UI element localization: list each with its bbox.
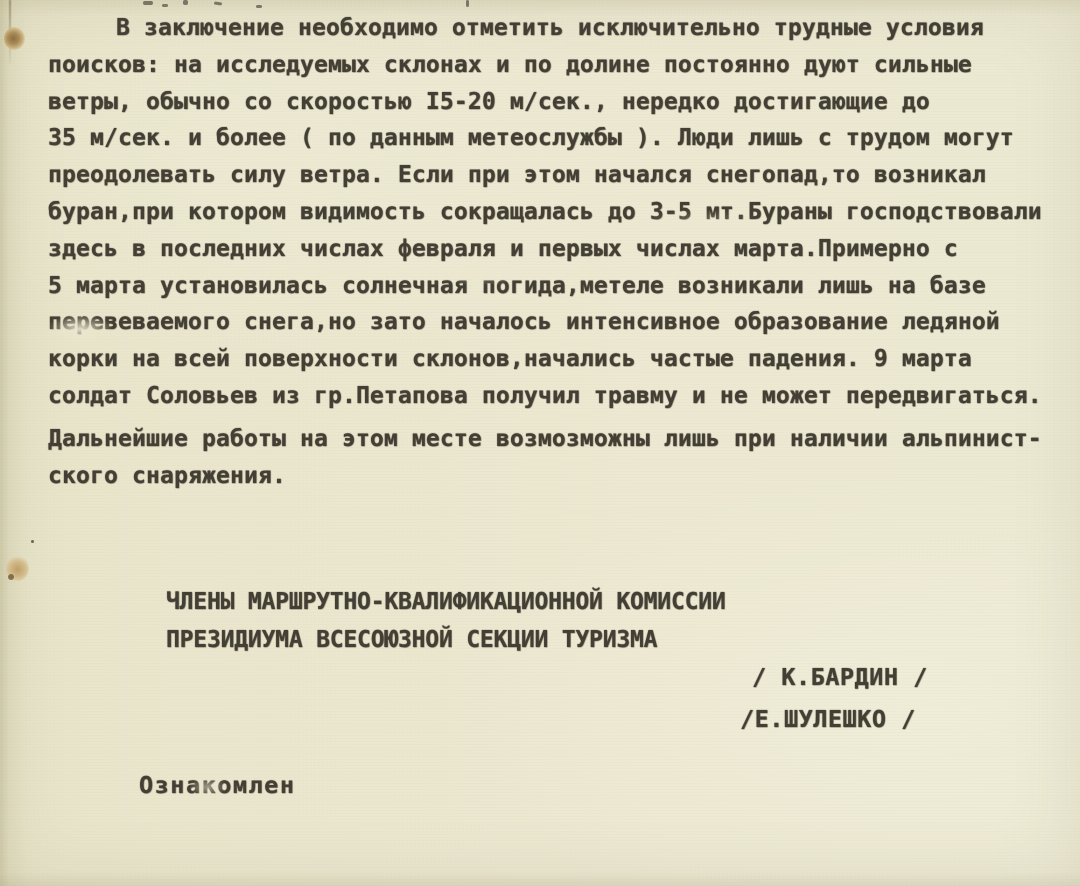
text-line: солдат Соловьев из гр.Петапова получил т…: [48, 378, 1042, 415]
text-line: буран,при котором видимость сокращалась …: [48, 194, 1042, 231]
text-line: здесь в последних числах февраля и первы…: [48, 231, 1042, 268]
paper-stain-dot: [8, 574, 14, 580]
text-line: преодолевать силу ветра. Если при этом н…: [48, 157, 1042, 194]
ink-speck: [143, 1, 153, 5]
paragraph-conclusion: В заключение необходимо отметить исключи…: [48, 10, 1042, 415]
text-line: поисков: на исследуемых склонах и по дол…: [48, 47, 1042, 84]
text-line: ветры, обычно со скоростью I5-20 м/сек.,…: [48, 84, 1042, 121]
text-line: 5 марта установилась солнечная погида,ме…: [48, 268, 1042, 305]
ink-speck: [214, 1, 222, 5]
paper-speck: [31, 540, 34, 543]
text-line: 35 м/сек. и более ( по данным метеослужб…: [48, 120, 1042, 157]
text-line: перевеваемого снега,но зато началось инт…: [48, 304, 1042, 341]
text-line: корки на всей поверхности склонов,начали…: [48, 341, 1042, 378]
paragraph-further-work: Дальнейшие работы на этом месте возмозмо…: [48, 421, 1042, 495]
text-line: В заключение необходимо отметить исключи…: [48, 10, 1042, 47]
acknowledgment-label: Ознакомлен: [139, 771, 295, 799]
signature-bardin: / К.БАРДИН /: [752, 663, 928, 691]
ink-speck: [466, 0, 469, 7]
paper-stain-top: [4, 27, 25, 50]
text-line: ского снаряжения.: [48, 458, 1042, 495]
ink-speck: [256, 5, 262, 8]
committee-line: ЧЛЕНЫ МАРШРУТНО-КВАЛИФИКАЦИОННОЙ КОМИССИ…: [166, 584, 726, 622]
ink-speck: [183, 0, 188, 5]
committee-block: ЧЛЕНЫ МАРШРУТНО-КВАЛИФИКАЦИОННОЙ КОМИССИ…: [166, 584, 726, 659]
ink-speck: [162, 4, 168, 7]
text-line: Дальнейшие работы на этом месте возмозмо…: [48, 421, 1042, 458]
committee-line: ПРЕЗИДИУМА ВСЕСОЮЗНОЙ СЕКЦИИ ТУРИЗМА: [166, 622, 726, 660]
scanned-document-page: В заключение необходимо отметить исключи…: [0, 0, 1080, 886]
signature-shuleshko: /Е.ШУЛЕШКО /: [740, 705, 916, 733]
